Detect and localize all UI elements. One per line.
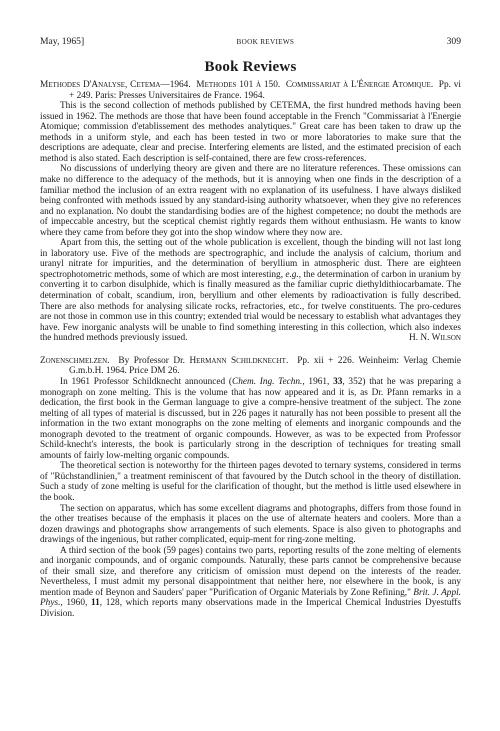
review-paragraph: A third section of the book (59 pages) c… (40, 546, 461, 620)
running-head: May, 1965] BOOK REVIEWS 309 (40, 36, 461, 50)
abbreviation-eg: e.g. (285, 270, 298, 280)
review-paragraph: The theoretical section is noteworthy fo… (40, 461, 461, 503)
review-paragraph: In 1961 Professor Schildknecht announced… (40, 377, 461, 461)
section-title: Book Reviews (40, 59, 461, 76)
review-paragraph: This is the second collection of methods… (40, 101, 461, 164)
review-cetema: Methodes D'Analyse, Cetema—1964. Methode… (40, 80, 461, 344)
citation: Zonenschmelzen. By Professor Dr. Hermann… (40, 356, 461, 377)
volume-number: 11 (91, 598, 100, 608)
book-subtitle: Methodes 101 à 150. (196, 80, 280, 90)
book-by: By Professor Dr. (118, 356, 185, 366)
page-number: 309 (447, 36, 461, 47)
book-publisher-body: Commissariat à L'Énergie Atomique. (286, 80, 433, 90)
journal-page: May, 1965] BOOK REVIEWS 309 Book Reviews… (40, 36, 461, 620)
review-paragraph: The section on apparatus, which has some… (40, 504, 461, 546)
running-head-section: BOOK REVIEWS (237, 38, 295, 46)
book-title: Methodes D'Analyse, Cetema—1964. (40, 80, 191, 90)
book-title: Zonenschmelzen. (40, 356, 109, 366)
citation: Methodes D'Analyse, Cetema—1964. Methode… (40, 80, 461, 101)
running-head-date: May, 1965] (40, 36, 84, 47)
volume-number: 33 (333, 377, 342, 387)
journal-reference: Chem. Ing. Techn. (232, 377, 302, 387)
review-paragraph: Apart from this, the setting out of the … (40, 238, 461, 343)
review-paragraph: No discussions of underlying theory are … (40, 164, 461, 238)
book-author: Hermann Schildknecht. (189, 356, 288, 366)
reviewer-name: H. N. Wilson (375, 333, 461, 344)
review-zonenschmelzen: Zonenschmelzen. By Professor Dr. Hermann… (40, 356, 461, 620)
